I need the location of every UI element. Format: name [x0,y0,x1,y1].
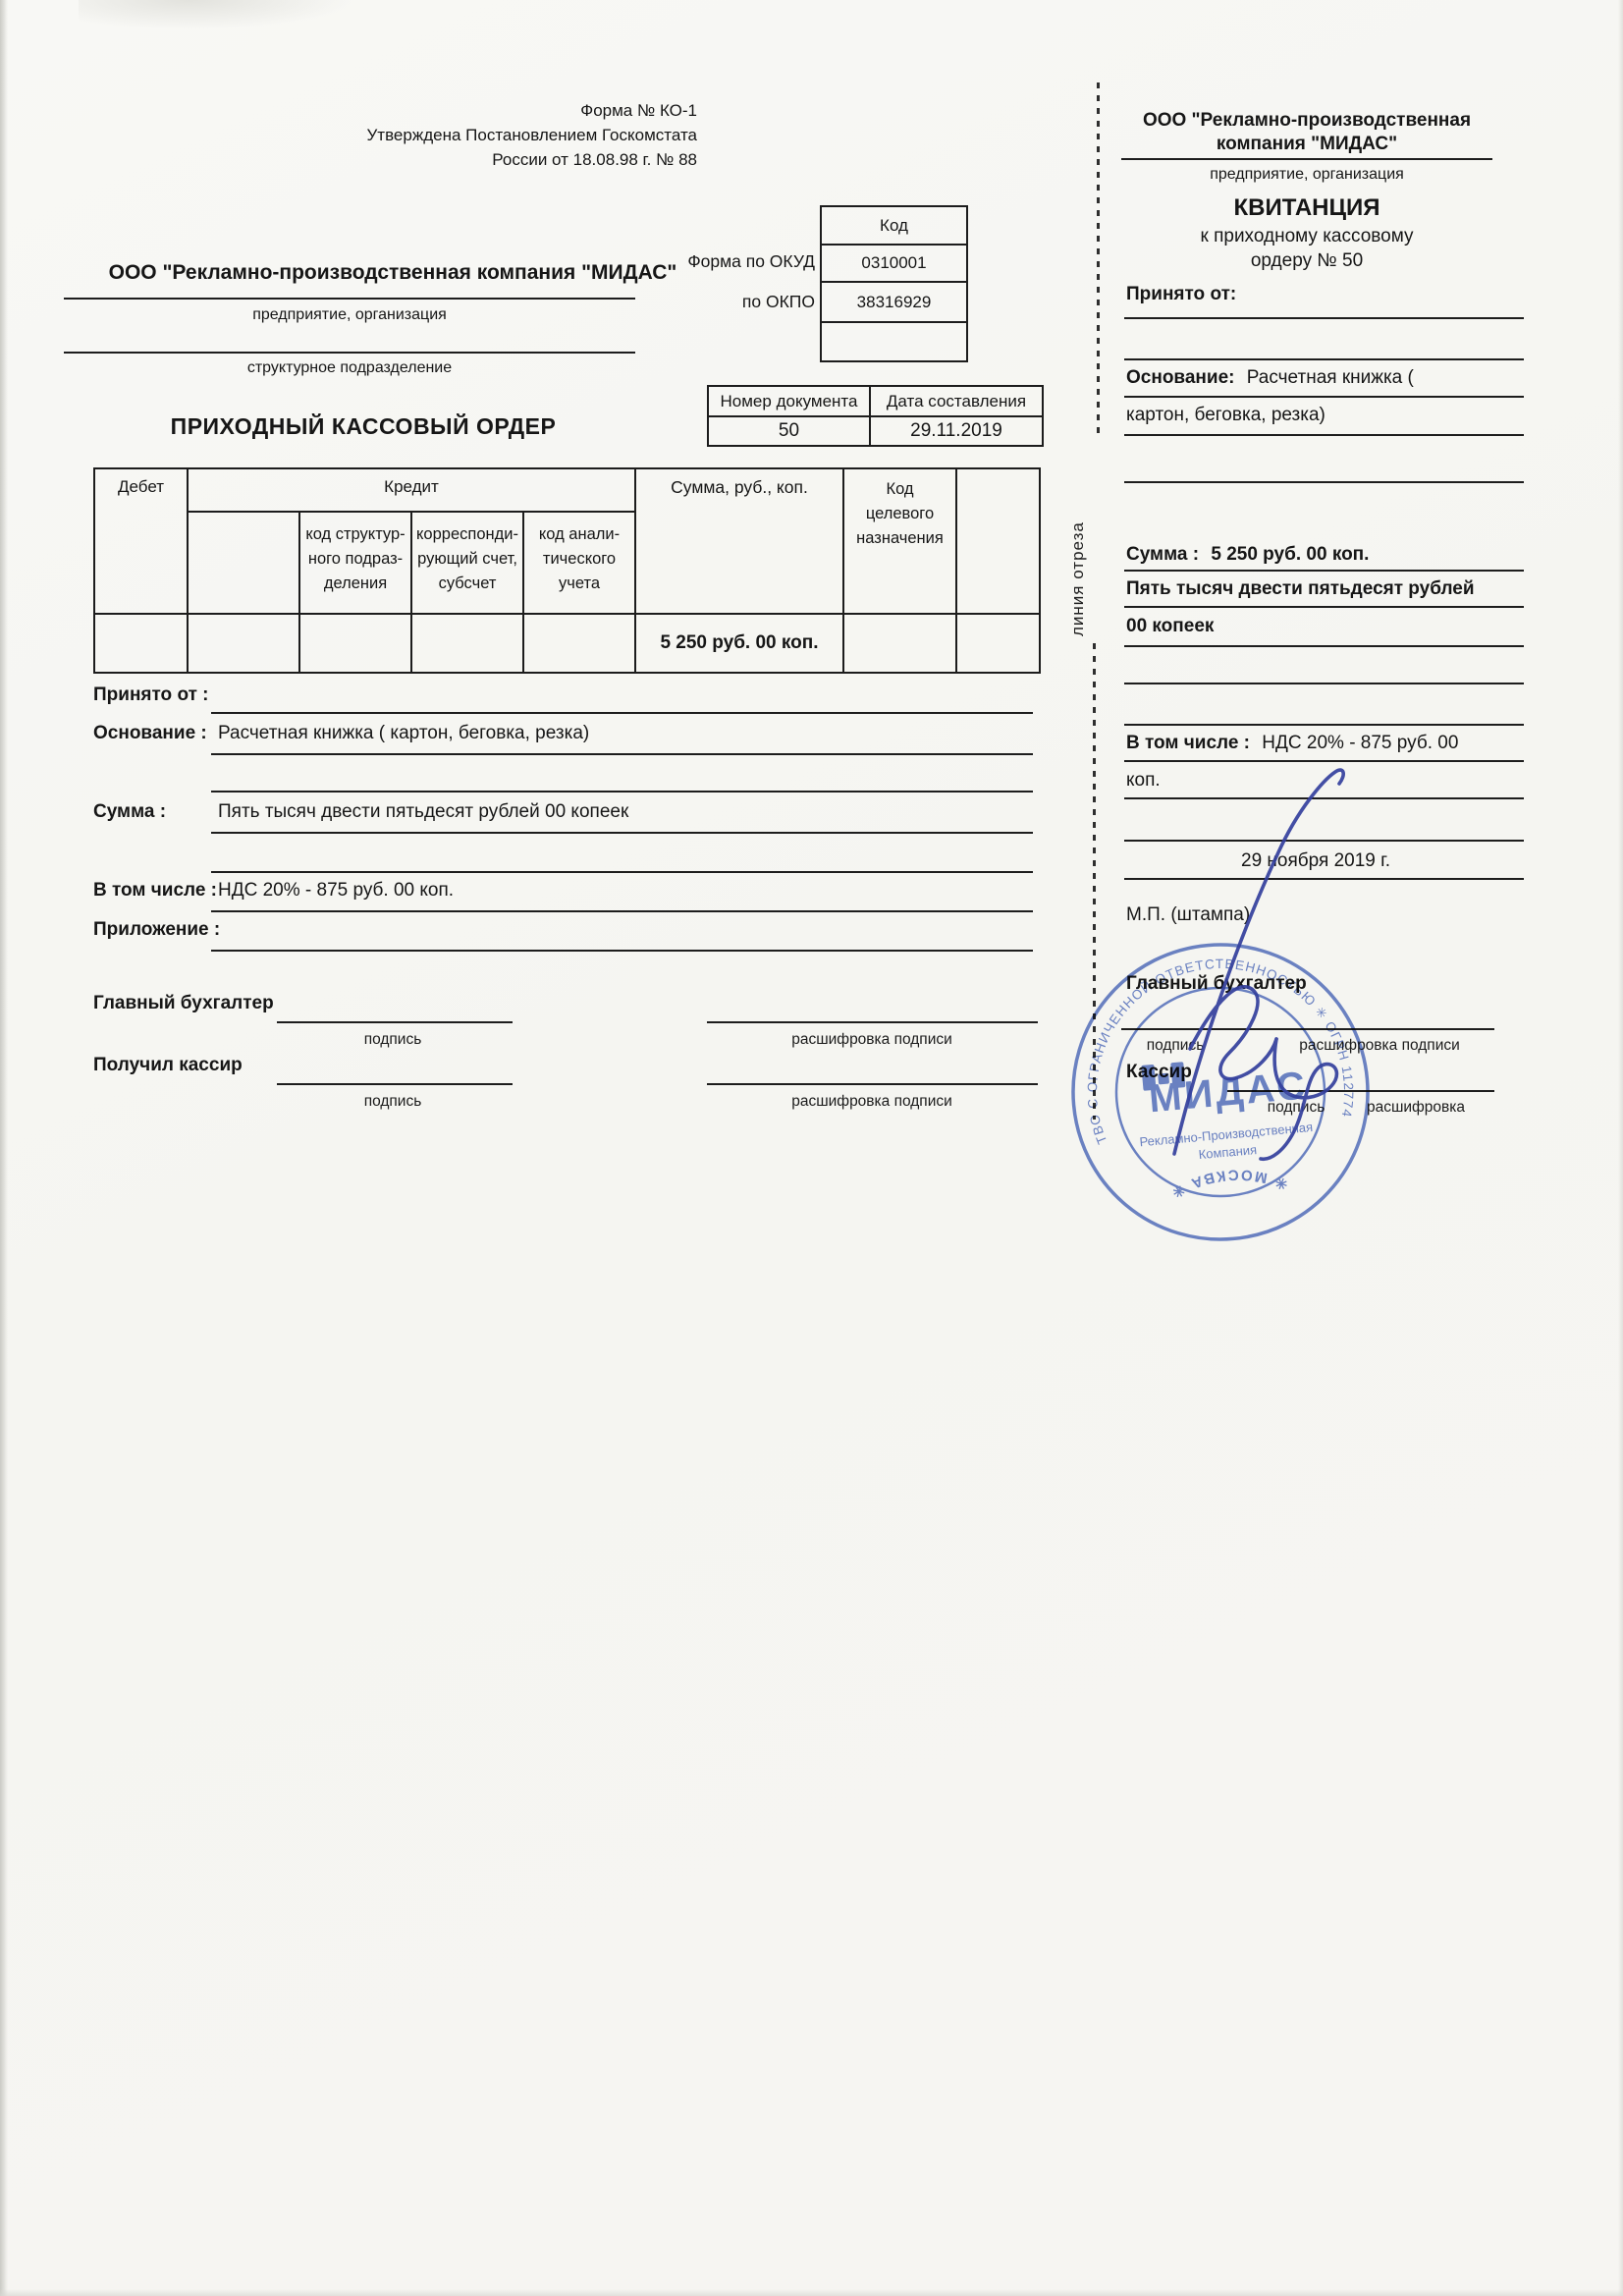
receipt-org-line2: компания "МИДАС" [1217,134,1397,155]
receipt-line-9 [1124,683,1524,684]
basis-line2 [211,791,1033,793]
scan-right-edge-shadow [1618,0,1623,2296]
subdivision-underline [64,352,635,354]
sum-line2 [211,871,1033,873]
attachment-line [211,950,1033,952]
cut-line-label: линия отреза [1068,444,1088,636]
credit-sub1-header: код структур- ного подраз- деления [299,512,411,614]
receipt-line-1 [1124,317,1524,319]
receipt-line-3 [1124,396,1524,398]
including-value: НДС 20% - 875 руб. 00 коп. [218,880,454,902]
receipt-line-5 [1124,481,1524,483]
receipt-line-7 [1124,606,1524,608]
order-title: ПРИХОДНЫЙ КАССОВЫЙ ОРДЕР [171,413,557,439]
receipt-basis-value-line1: Расчетная книжка ( [1247,367,1414,388]
purpose-code-header: Код целевого назначения [843,468,956,614]
receipt-line-10 [1124,724,1524,726]
receipt-sum-words-line1: Пять тысяч двести пятьдесят рублей [1126,578,1475,600]
basis-line1 [211,753,1033,755]
receipt-basis-label: Основание: [1126,367,1234,388]
credit-sub3-cell [523,614,635,673]
receipt-line-2 [1124,358,1524,360]
debit-header: Дебет [94,468,188,614]
organization-caption: предприятие, организация [252,306,447,324]
receipt-subtitle-line2: ордеру № 50 [1251,250,1363,272]
attachment-label: Приложение : [93,919,220,941]
receipt-org-line1: ООО "Рекламно-производственная [1143,110,1471,132]
cashier-received-label: Получил кассир [93,1055,243,1076]
form-meta-line3: России от 18.08.98 г. № 88 [255,147,697,172]
scan-top-smudge [79,0,353,29]
credit-sub-empty [188,512,299,614]
doc-number-value: 50 [708,416,870,446]
accounting-table: Дебет Кредит Сумма, руб., коп. Код целев… [93,467,1041,674]
cashier-signature-caption: подпись [364,1093,422,1111]
signature-loop-1 [1190,987,1276,1079]
doc-date-value: 29.11.2019 [870,416,1043,446]
sum-header: Сумма, руб., коп. [635,468,843,614]
sum-label: Сумма : [93,801,166,823]
receipt-sum-value: 5 250 руб. 00 коп. [1211,544,1369,565]
form-meta-line2: Утверждена Постановлением Госкомстата [255,123,697,147]
receipt-sum-label: Сумма : [1126,544,1199,565]
receipt-subtitle-line1: к приходному кассовому [1201,226,1414,247]
okud-code-table: Код 0310001 38316929 [820,205,968,362]
receipt-sum-row: Сумма : 5 250 руб. 00 коп. [1126,544,1369,566]
accountant-name-caption: расшифровка подписи [791,1031,952,1049]
receipt-org-underline [1121,158,1492,160]
credit-sub2-header: корреспонди- рующий счет, субсчет [411,512,523,614]
subdivision-caption: структурное подразделение [247,359,452,377]
accountant-name-line [707,1021,1038,1023]
sum-words-value: Пять тысяч двести пятьдесят рублей 00 ко… [218,801,628,823]
okpo-value: 38316929 [821,282,967,322]
sum-value-cell: 5 250 руб. 00 коп. [635,614,843,673]
doc-number-table: Номер документа Дата составления 50 29.1… [707,385,1044,447]
chief-accountant-label: Главный бухгалтер [93,993,274,1014]
basis-value: Расчетная книжка ( картон, беговка, резк… [218,723,589,744]
receipt-basis-row: Основание: Расчетная книжка ( [1126,367,1414,389]
okud-value: 0310001 [821,245,967,282]
signature-loop-2 [1261,1039,1336,1159]
okud-empty-cell [821,322,967,361]
cashier-name-line [707,1083,1038,1085]
form-meta-line1: Форма № КО-1 [255,98,697,123]
cashier-name-caption: расшифровка подписи [791,1093,952,1111]
accountant-signature-caption: подпись [364,1031,422,1049]
extra-column-header [956,468,1040,614]
receipt-title: КВИТАНЦИЯ [1233,194,1380,222]
doc-number-header: Номер документа [708,386,870,416]
including-label: В том числе : [93,880,217,902]
receipt-received-from-label: Принято от: [1126,284,1236,305]
credit-header: Кредит [188,468,635,512]
receipt-org-caption: предприятие, организация [1210,166,1404,184]
receipt-sum-words-line2: 00 копеек [1126,616,1214,637]
credit-sub2-cell [411,614,523,673]
credit-sub3-header: код анали- тического учета [523,512,635,614]
including-line [211,910,1033,912]
receipt-line-4 [1124,434,1524,436]
receipt-line-6 [1124,570,1524,572]
scan-left-edge-shadow [0,0,8,2296]
credit-cell-empty [188,614,299,673]
doc-date-header: Дата составления [870,386,1043,416]
cashier-signature-line [277,1083,513,1085]
received-from-label: Принято от : [93,684,209,706]
organization-name: ООО "Рекламно-производственная компания … [109,261,677,285]
scan-bottom-edge-shadow [0,2289,1623,2296]
okpo-label: по ОКПО [589,292,815,311]
basis-label: Основание : [93,723,207,744]
okud-table-header: Код [821,206,967,245]
organization-underline [64,298,635,300]
receipt-basis-value-line2: картон, беговка, резка) [1126,405,1325,426]
cut-line-top [1097,82,1100,440]
purpose-code-cell [843,614,956,673]
sum-line1 [211,832,1033,834]
receipt-line-8 [1124,645,1524,647]
debit-cell [94,614,188,673]
credit-sub1-cell [299,614,411,673]
handwritten-signature [1060,746,1473,1178]
received-from-line [211,712,1033,714]
extra-cell [956,614,1040,673]
accountant-signature-line [277,1021,513,1023]
scanned-cash-order-page: Форма № КО-1 Утверждена Постановлением Г… [0,0,1623,2296]
